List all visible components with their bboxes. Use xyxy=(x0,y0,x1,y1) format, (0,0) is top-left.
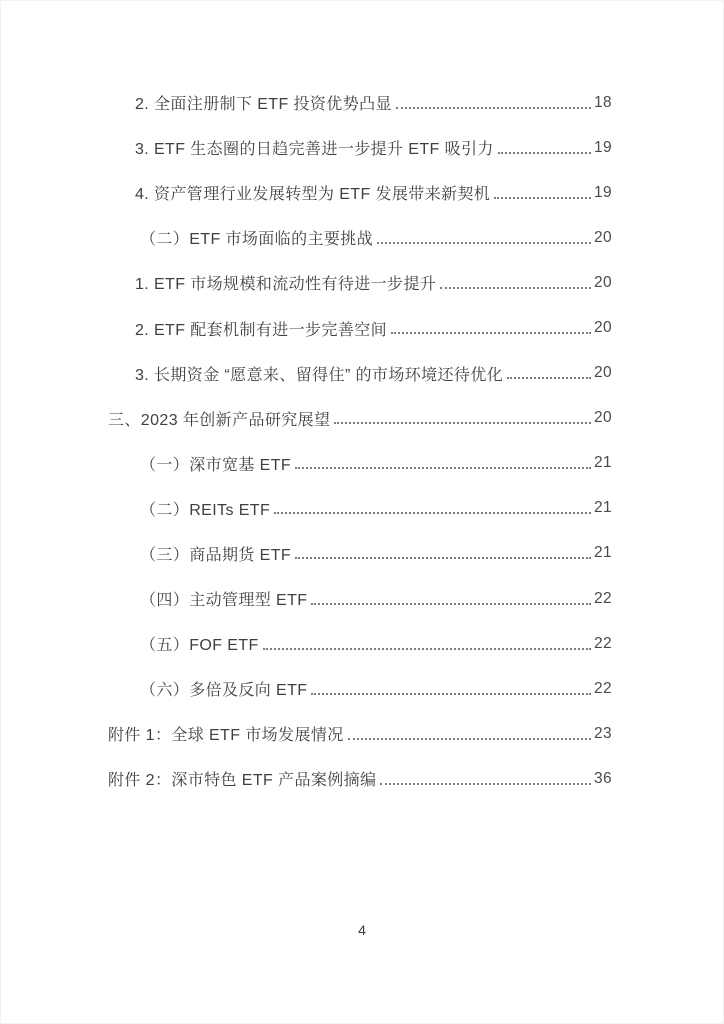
toc-entry[interactable]: 三、2023 年创新产品研究展望 20 xyxy=(108,396,612,441)
toc-entry-title: 4. 资产管理行业发展转型为 ETF 发展带来新契机 xyxy=(135,181,490,204)
toc-entry-page: 21 xyxy=(594,499,612,517)
toc-entry[interactable]: 3. ETF 生态圈的日趋完善进一步提升 ETF 吸引力 19 xyxy=(108,125,612,170)
toc-entry-page: 21 xyxy=(594,544,612,562)
toc-entry-page: 20 xyxy=(594,409,612,427)
toc-dot-leader xyxy=(498,152,591,154)
toc-dot-leader xyxy=(274,512,591,514)
toc-entry[interactable]: 1. ETF 市场规模和流动性有待进一步提升 20 xyxy=(108,260,612,305)
footer-page-number: 4 xyxy=(0,922,724,938)
document-page: 2. 全面注册制下 ETF 投资优势凸显 18 3. ETF 生态圈的日趋完善进… xyxy=(0,0,724,1024)
toc-entry-title: 附件 2：深市特色 ETF 产品案例摘编 xyxy=(108,767,376,790)
toc-entry-title: 1. ETF 市场规模和流动性有待进一步提升 xyxy=(135,271,436,294)
toc-entry-title: 2. 全面注册制下 ETF 投资优势凸显 xyxy=(135,91,392,114)
toc-entry-page: 20 xyxy=(594,274,612,292)
toc-entry-page: 22 xyxy=(594,635,612,653)
toc-dot-leader xyxy=(295,557,591,559)
toc-dot-leader xyxy=(311,693,590,695)
toc-dot-leader xyxy=(263,648,591,650)
toc-entry-title: （二）REITs ETF xyxy=(140,497,270,520)
toc-entry-page: 19 xyxy=(594,184,612,202)
toc-entry-title: （六）多倍及反向 ETF xyxy=(140,677,307,700)
toc-entry[interactable]: 附件 2：深市特色 ETF 产品案例摘编 36 xyxy=(108,756,612,801)
toc-entry[interactable]: （五）FOF ETF 22 xyxy=(108,621,612,666)
toc-entry-page: 22 xyxy=(594,590,612,608)
toc-entry-title: （三）商品期货 ETF xyxy=(140,542,291,565)
toc-entry-page: 19 xyxy=(594,139,612,157)
toc-entry-title: （五）FOF ETF xyxy=(140,632,259,655)
toc-entry-title: 2. ETF 配套机制有进一步完善空间 xyxy=(135,317,387,340)
toc-entry[interactable]: 3. 长期资金 “愿意来、留得住” 的市场环境还待优化 20 xyxy=(108,351,612,396)
toc-entry[interactable]: （六）多倍及反向 ETF 22 xyxy=(108,666,612,711)
toc-dot-leader xyxy=(507,377,591,379)
toc-entry[interactable]: （二）ETF 市场面临的主要挑战 20 xyxy=(108,215,612,260)
toc-entry-page: 22 xyxy=(594,680,612,698)
toc-entry-title: 附件 1：全球 ETF 市场发展情况 xyxy=(108,722,344,745)
toc-entry-page: 36 xyxy=(594,770,612,788)
toc-entry-page: 20 xyxy=(594,319,612,337)
toc-entry[interactable]: （二）REITs ETF 21 xyxy=(108,486,612,531)
toc-entry[interactable]: （一）深市宽基 ETF 21 xyxy=(108,441,612,486)
toc-entry-title: 3. ETF 生态圈的日趋完善进一步提升 ETF 吸引力 xyxy=(135,136,494,159)
toc-entry[interactable]: （三）商品期货 ETF 21 xyxy=(108,531,612,576)
toc-dot-leader xyxy=(334,422,591,424)
toc-entry-title: 3. 长期资金 “愿意来、留得住” 的市场环境还待优化 xyxy=(135,362,503,385)
toc-entry-page: 20 xyxy=(594,229,612,247)
toc-entry-page: 18 xyxy=(594,94,612,112)
toc-dot-leader xyxy=(295,467,591,469)
toc-entry-title: （四）主动管理型 ETF xyxy=(140,587,307,610)
toc-dot-leader xyxy=(311,603,590,605)
toc-dot-leader xyxy=(440,287,591,289)
toc-dot-leader xyxy=(396,107,591,109)
toc-entry[interactable]: （四）主动管理型 ETF 22 xyxy=(108,576,612,621)
toc-dot-leader xyxy=(348,738,591,740)
table-of-contents: 2. 全面注册制下 ETF 投资优势凸显 18 3. ETF 生态圈的日趋完善进… xyxy=(108,80,612,802)
toc-dot-leader xyxy=(391,332,591,334)
toc-entry[interactable]: 2. 全面注册制下 ETF 投资优势凸显 18 xyxy=(108,80,612,125)
toc-entry[interactable]: 2. ETF 配套机制有进一步完善空间 20 xyxy=(108,305,612,350)
toc-entry-page: 21 xyxy=(594,454,612,472)
toc-entry[interactable]: 附件 1：全球 ETF 市场发展情况 23 xyxy=(108,711,612,756)
toc-entry[interactable]: 4. 资产管理行业发展转型为 ETF 发展带来新契机 19 xyxy=(108,170,612,215)
toc-dot-leader xyxy=(377,242,591,244)
toc-entry-title: （一）深市宽基 ETF xyxy=(140,452,291,475)
toc-entry-page: 20 xyxy=(594,364,612,382)
toc-dot-leader xyxy=(380,783,590,785)
toc-entry-title: 三、2023 年创新产品研究展望 xyxy=(108,407,330,430)
toc-entry-title: （二）ETF 市场面临的主要挑战 xyxy=(140,226,373,249)
toc-dot-leader xyxy=(494,197,591,199)
toc-entry-page: 23 xyxy=(594,725,612,743)
